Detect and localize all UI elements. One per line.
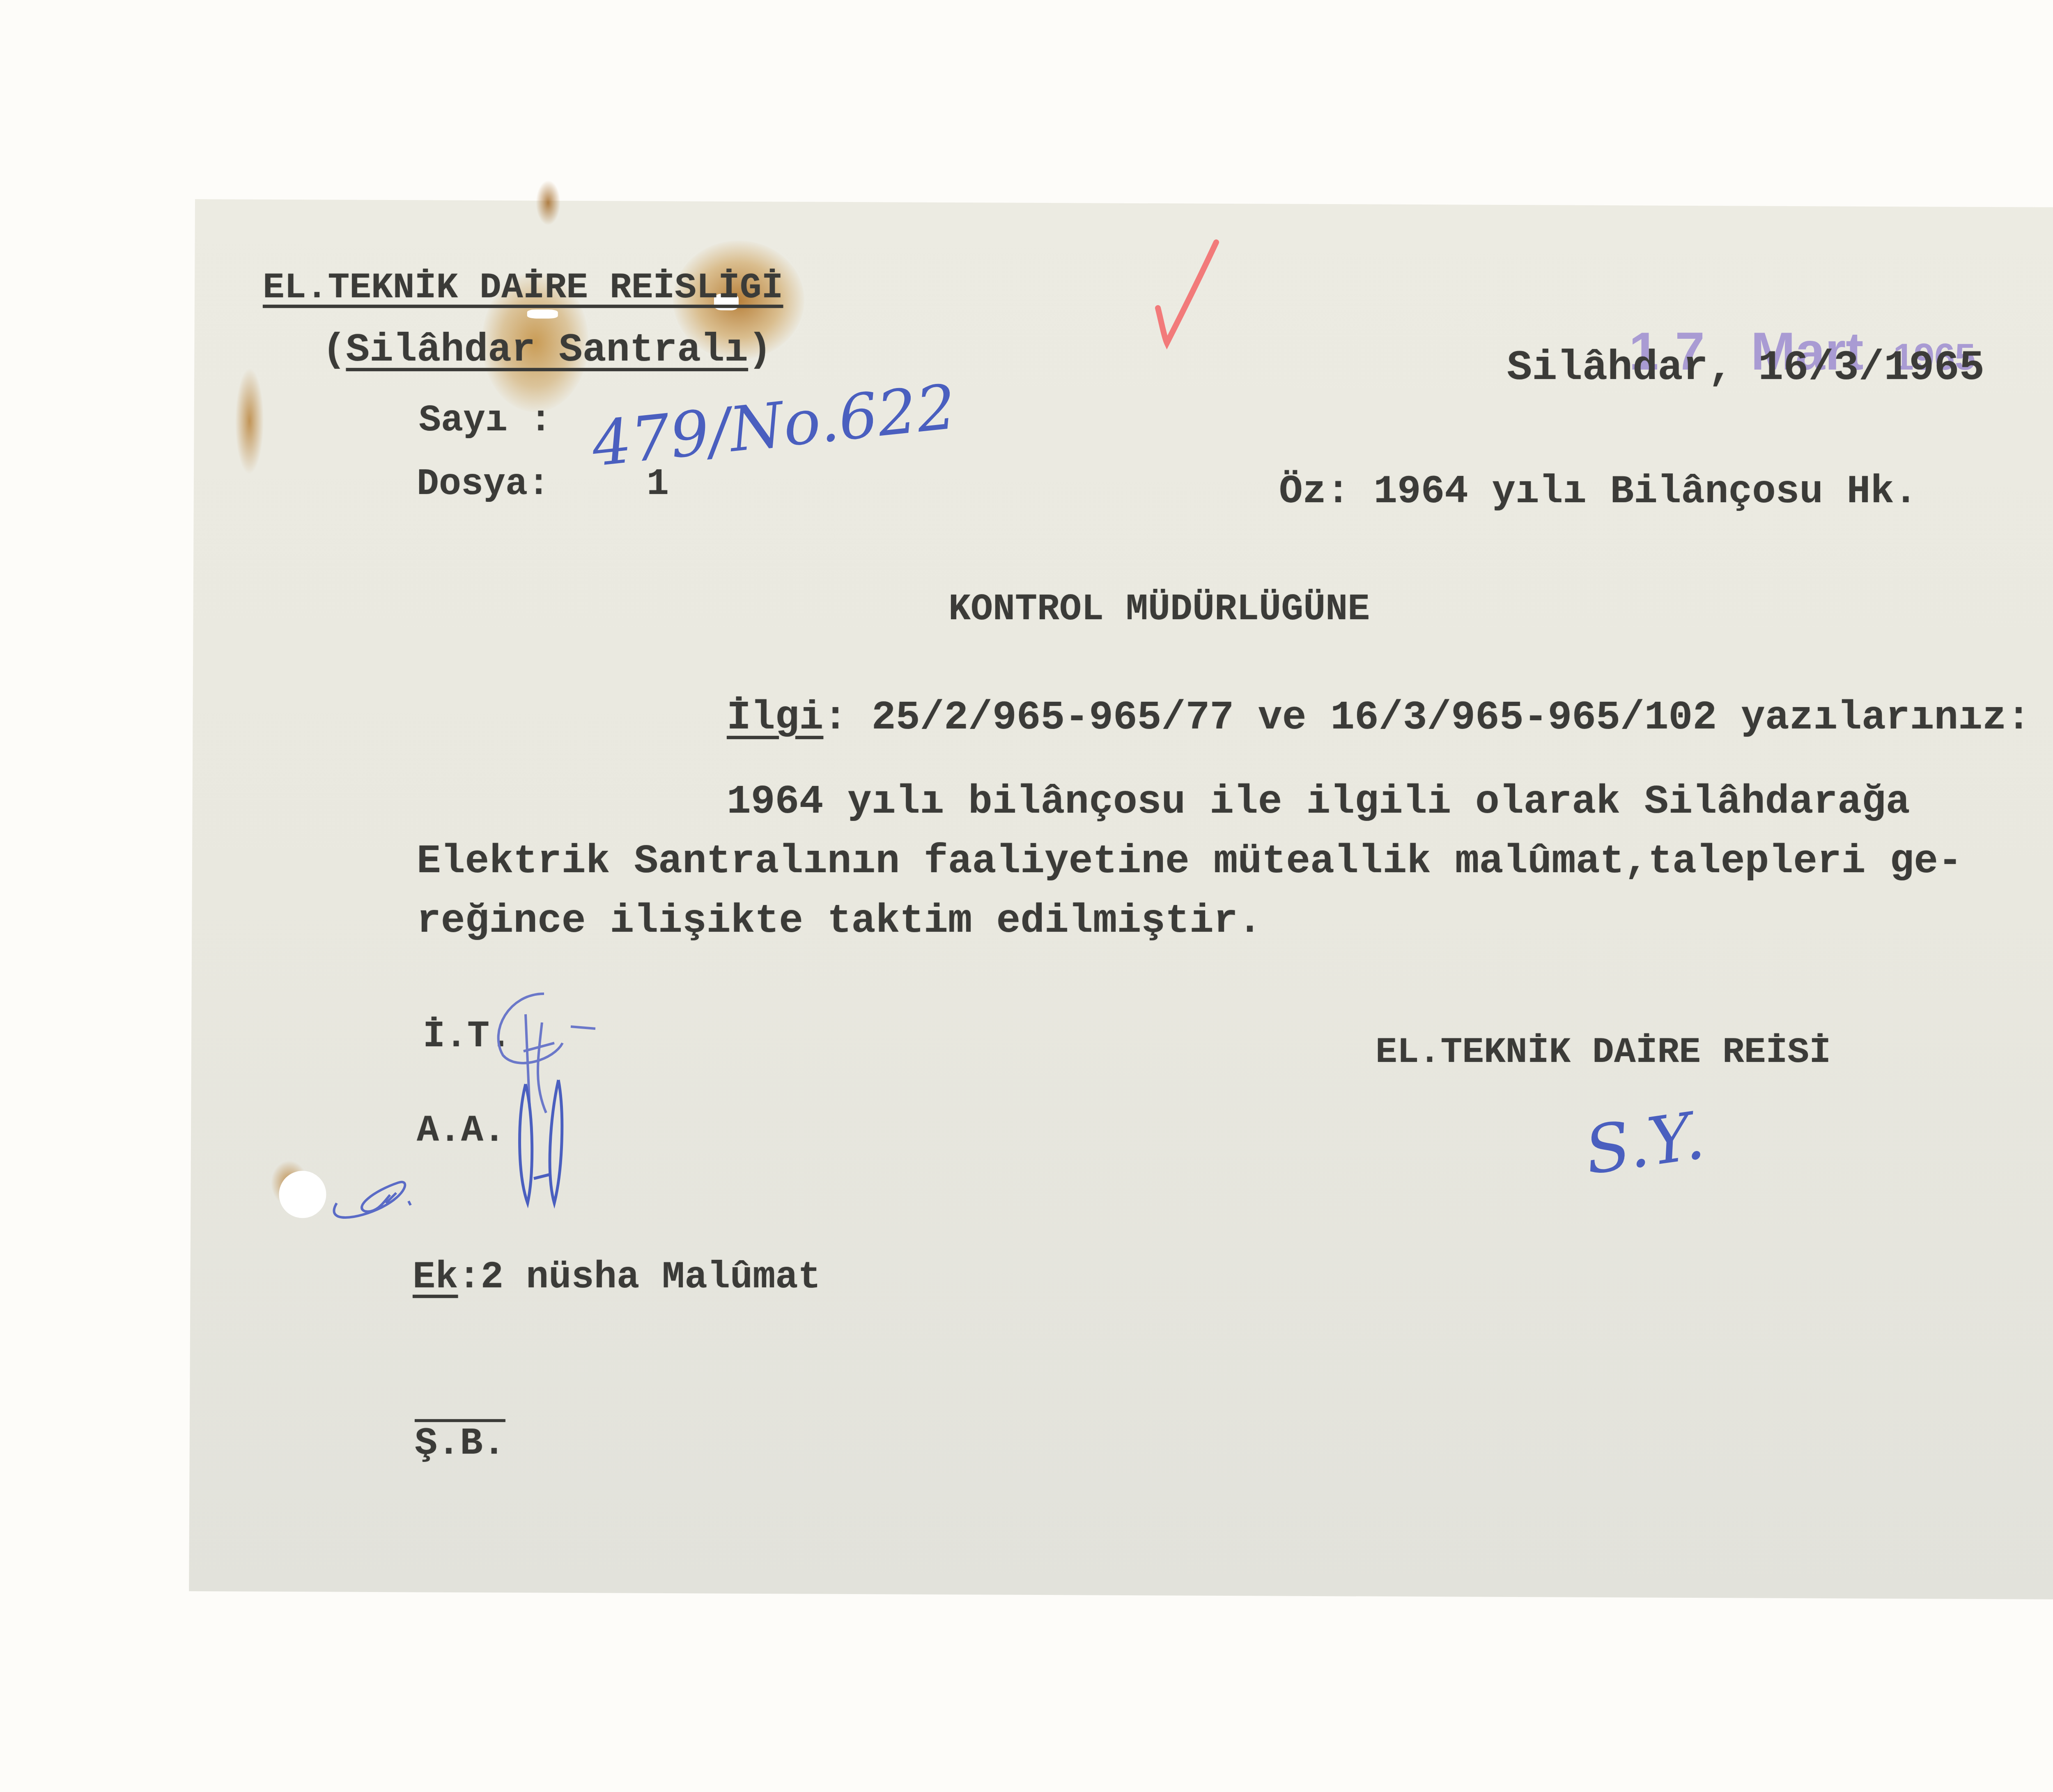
director-signature: S.Y.: [1580, 1097, 1709, 1190]
date-line: Silâhdar, 16/3/1965: [1507, 347, 1984, 389]
ilgi-line: İlgi: 25/2/965-965/77 ve 16/3/965-965/10…: [727, 698, 2031, 738]
body-line-2: Elektrik Santralının faaliyetine müteall…: [417, 842, 1962, 882]
initial-signature-aa: [509, 1068, 591, 1232]
footer-initials: Ş.B.: [415, 1425, 505, 1463]
ilgi-text: : 25/2/965-965/77 ve 16/3/965-965/102 ya…: [823, 695, 2030, 741]
body-line-3: reğince ilişikte taktim edilmiştir.: [417, 901, 1262, 942]
dosya-value: 1: [647, 466, 669, 503]
letterhead-line2-text: Silâhdar Santralı: [346, 328, 748, 372]
dosya-label: Dosya:: [417, 466, 550, 503]
ilgi-label: İlgi: [727, 695, 823, 741]
subject-line: Öz: 1964 yılı Bilânçosu Hk.: [1279, 472, 1918, 512]
body-line-1: 1964 yılı bilânçosu ile ilgili olarak Si…: [727, 782, 1910, 822]
recipient-heading: KONTROL MÜDÜRLÜGÜNE: [948, 591, 1370, 628]
rust-stain: [235, 368, 264, 474]
rust-stain: [536, 180, 560, 225]
tear-hole: [527, 310, 558, 319]
margin-signature: [324, 1154, 431, 1228]
attachment-label: Ek: [413, 1256, 458, 1299]
signatory-title: EL.TEKNİK DAİRE REİSİ: [1376, 1035, 1831, 1071]
punch-hole: [279, 1171, 326, 1218]
letterhead-line2: (Silâhdar Santralı): [322, 331, 772, 370]
sayi-label: Sayı :: [419, 402, 552, 439]
letterhead-line1: EL.TEKNİK DAİRE REİSLİGİ: [263, 270, 783, 306]
attachment-line: Ek:2 nüsha Malûmat: [413, 1259, 821, 1296]
attachment-text: :2 nüsha Malûmat: [458, 1256, 820, 1299]
checkmark-icon: [1141, 230, 1224, 353]
